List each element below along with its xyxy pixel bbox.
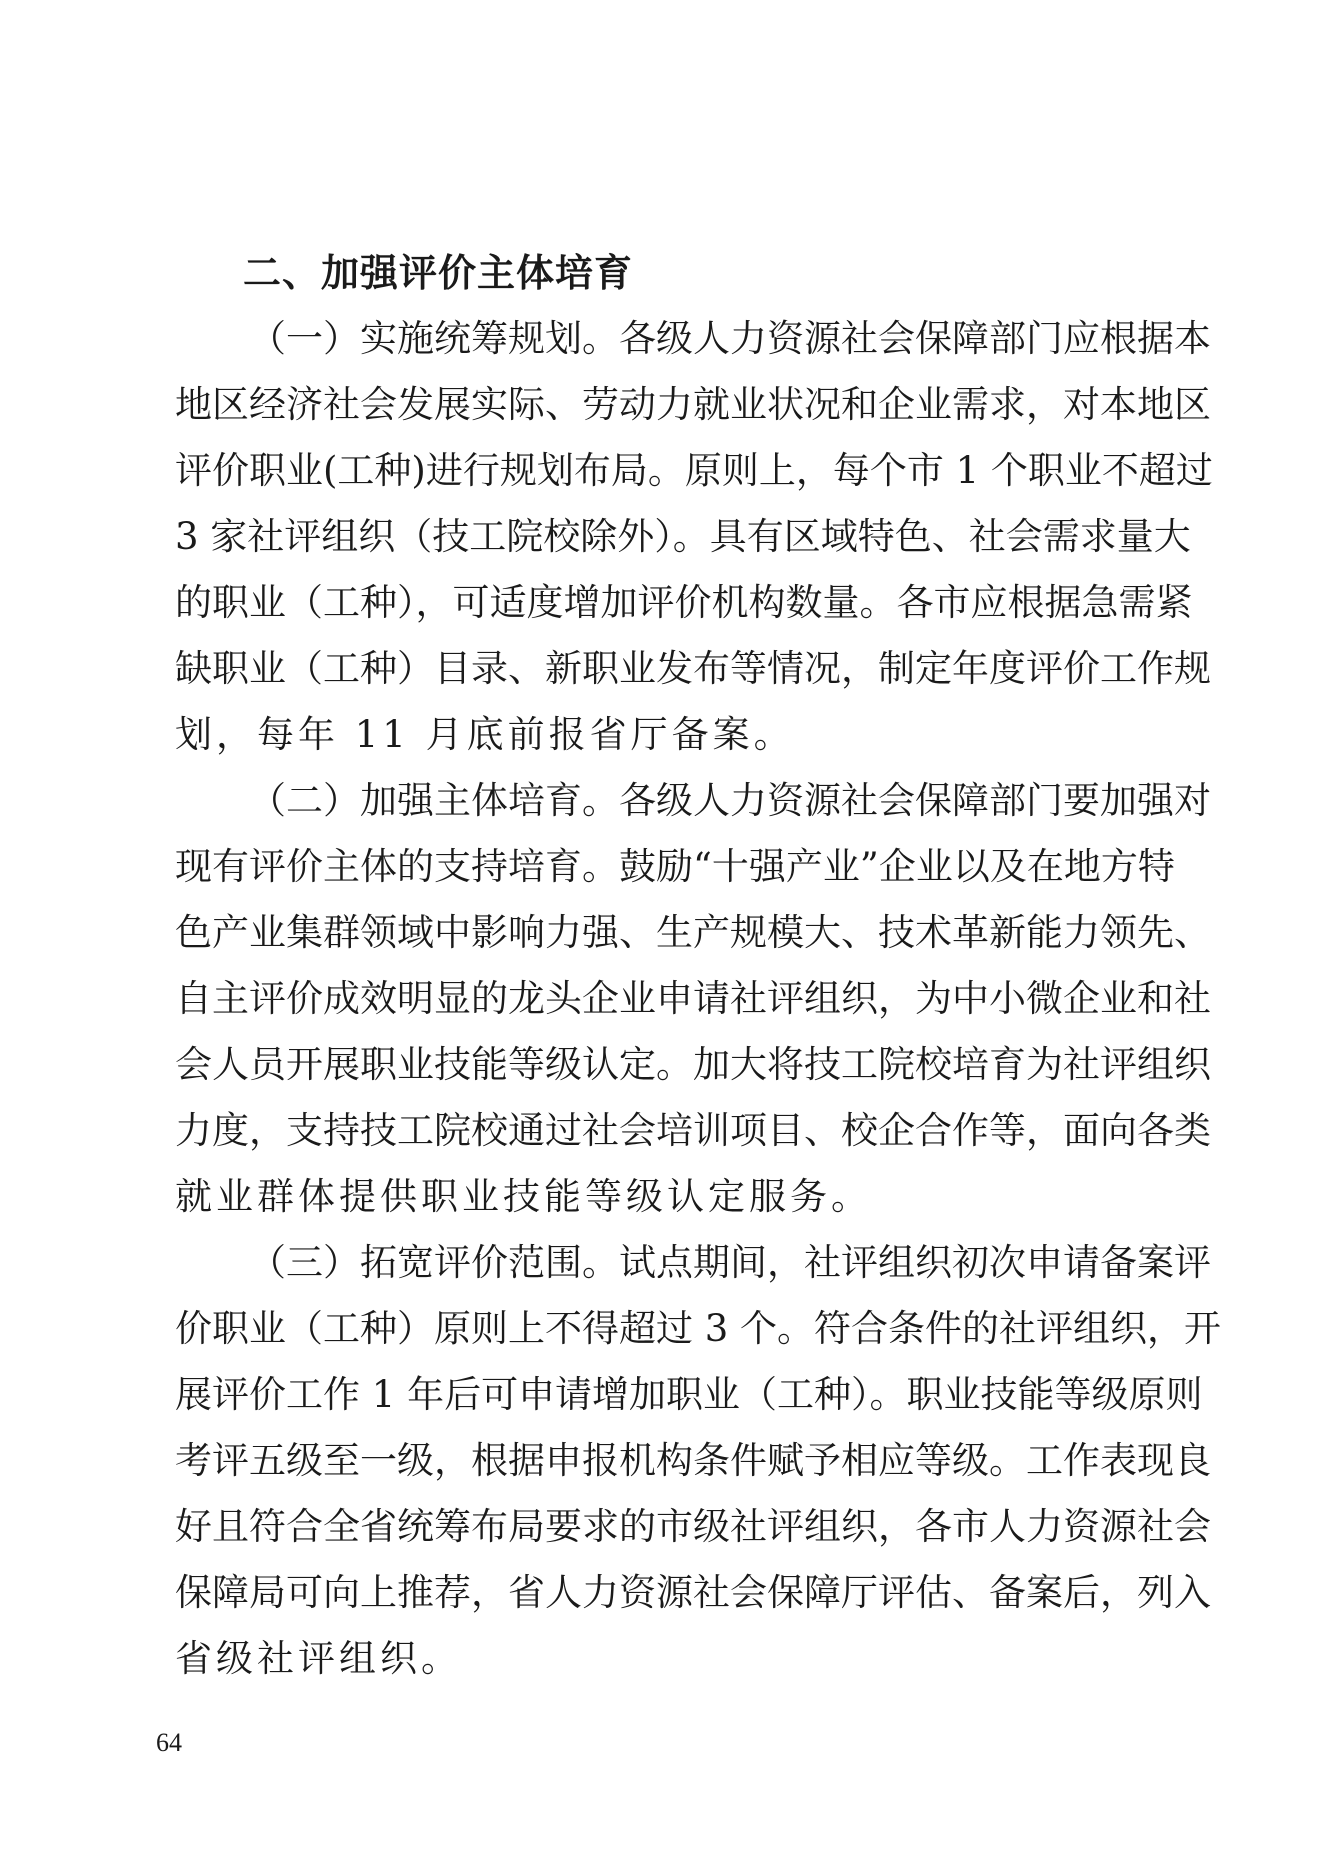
section-heading: 二、加强评价主体培育 (175, 240, 1167, 306)
text-line: （三）拓宽评价范围。试点期间，社评组织初次申请备案评 (175, 1230, 1167, 1296)
text-line: 评价职业(工种)进行规划布局。原则上，每个市 1 个职业不超过 (175, 438, 1167, 504)
text-line: 保障局可向上推荐，省人力资源社会保障厅评估、备案后，列入 (175, 1560, 1167, 1626)
text-line: 划，每年 11 月底前报省厅备案。 (175, 702, 1167, 768)
text-line: 自主评价成效明显的龙头企业申请社评组织，为中小微企业和社 (175, 966, 1167, 1032)
document-page: 二、加强评价主体培育 （一）实施统筹规划。各级人力资源社会保障部门应根据本 地区… (175, 240, 1167, 1692)
text-line: 3 家社评组织（技工院校除外）。具有区域特色、社会需求量大 (175, 504, 1167, 570)
text-line: 省级社评组织。 (175, 1626, 1167, 1692)
text-line: 会人员开展职业技能等级认定。加大将技工院校培育为社评组织 (175, 1032, 1167, 1098)
text-line: （二）加强主体培育。各级人力资源社会保障部门要加强对 (175, 768, 1167, 834)
page-number: 64 (156, 1728, 182, 1758)
paragraph-1-implement-planning: （一）实施统筹规划。各级人力资源社会保障部门应根据本 地区经济社会发展实际、劳动… (175, 306, 1167, 768)
text-line: 就业群体提供职业技能等级认定服务。 (175, 1164, 1167, 1230)
text-line: 的职业（工种），可适度增加评价机构数量。各市应根据急需紧 (175, 570, 1167, 636)
text-line: 考评五级至一级，根据申报机构条件赋予相应等级。工作表现良 (175, 1428, 1167, 1494)
text-line: 现有评价主体的支持培育。鼓励“十强产业”企业以及在地方特 (175, 834, 1167, 900)
text-line: 缺职业（工种）目录、新职业发布等情况，制定年度评价工作规 (175, 636, 1167, 702)
paragraph-2-strengthen-cultivation: （二）加强主体培育。各级人力资源社会保障部门要加强对 现有评价主体的支持培育。鼓… (175, 768, 1167, 1230)
text-line: （一）实施统筹规划。各级人力资源社会保障部门应根据本 (175, 306, 1167, 372)
text-line: 价职业（工种）原则上不得超过 3 个。符合条件的社评组织，开 (175, 1296, 1167, 1362)
text-line: 好且符合全省统筹布局要求的市级社评组织，各市人力资源社会 (175, 1494, 1167, 1560)
text-line: 力度，支持技工院校通过社会培训项目、校企合作等，面向各类 (175, 1098, 1167, 1164)
paragraph-3-broaden-scope: （三）拓宽评价范围。试点期间，社评组织初次申请备案评 价职业（工种）原则上不得超… (175, 1230, 1167, 1692)
text-line: 地区经济社会发展实际、劳动力就业状况和企业需求，对本地区 (175, 372, 1167, 438)
text-line: 色产业集群领域中影响力强、生产规模大、技术革新能力领先、 (175, 900, 1167, 966)
text-line: 展评价工作 1 年后可申请增加职业（工种）。职业技能等级原则 (175, 1362, 1167, 1428)
